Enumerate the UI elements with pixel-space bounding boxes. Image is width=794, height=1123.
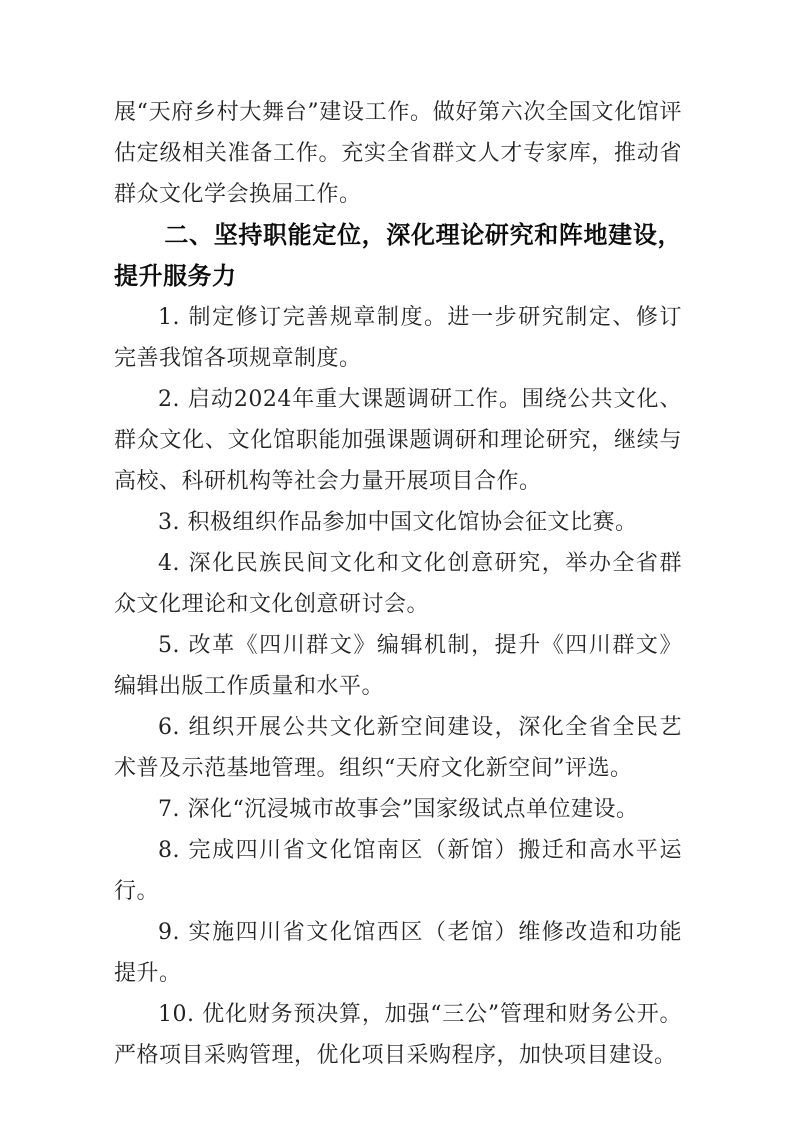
continuation-paragraph: 展“天府乡村大舞台”建设工作。做好第六次全国文化馆评估定级相关准备工作。充实全省… <box>114 92 682 215</box>
list-item-1: 1. 制定修订完善规章制度。进一步研究制定、修订完善我馆各项规章制度。 <box>114 297 682 379</box>
document-page: 展“天府乡村大舞台”建设工作。做好第六次全国文化馆评估定级相关准备工作。充实全省… <box>0 0 794 1123</box>
list-item-10: 10. 优化财务预决算，加强“三公”管理和财务公开。严格项目采购管理，优化项目采… <box>114 994 682 1076</box>
list-item-8: 8. 完成四川省文化馆南区（新馆）搬迁和高水平运行。 <box>114 830 682 912</box>
list-item-4: 4. 深化民族民间文化和文化创意研究，举办全省群众文化理论和文化创意研讨会。 <box>114 543 682 625</box>
list-item-5: 5. 改革《四川群文》编辑机制，提升《四川群文》编辑出版工作质量和水平。 <box>114 625 682 707</box>
list-item-2: 2. 启动2024年重大课题调研工作。围绕公共文化、群众文化、文化馆职能加强课题… <box>114 379 682 502</box>
list-item-6: 6. 组织开展公共文化新空间建设，深化全省全民艺术普及示范基地管理。组织“天府文… <box>114 707 682 789</box>
list-item-7: 7. 深化“沉浸城市故事会”国家级试点单位建设。 <box>114 789 682 830</box>
section-heading: 二、坚持职能定位，深化理论研究和阵地建设，提升服务力 <box>114 215 682 297</box>
list-item-9: 9. 实施四川省文化馆西区（老馆）维修改造和功能提升。 <box>114 912 682 994</box>
list-item-3: 3. 积极组织作品参加中国文化馆协会征文比赛。 <box>114 502 682 543</box>
